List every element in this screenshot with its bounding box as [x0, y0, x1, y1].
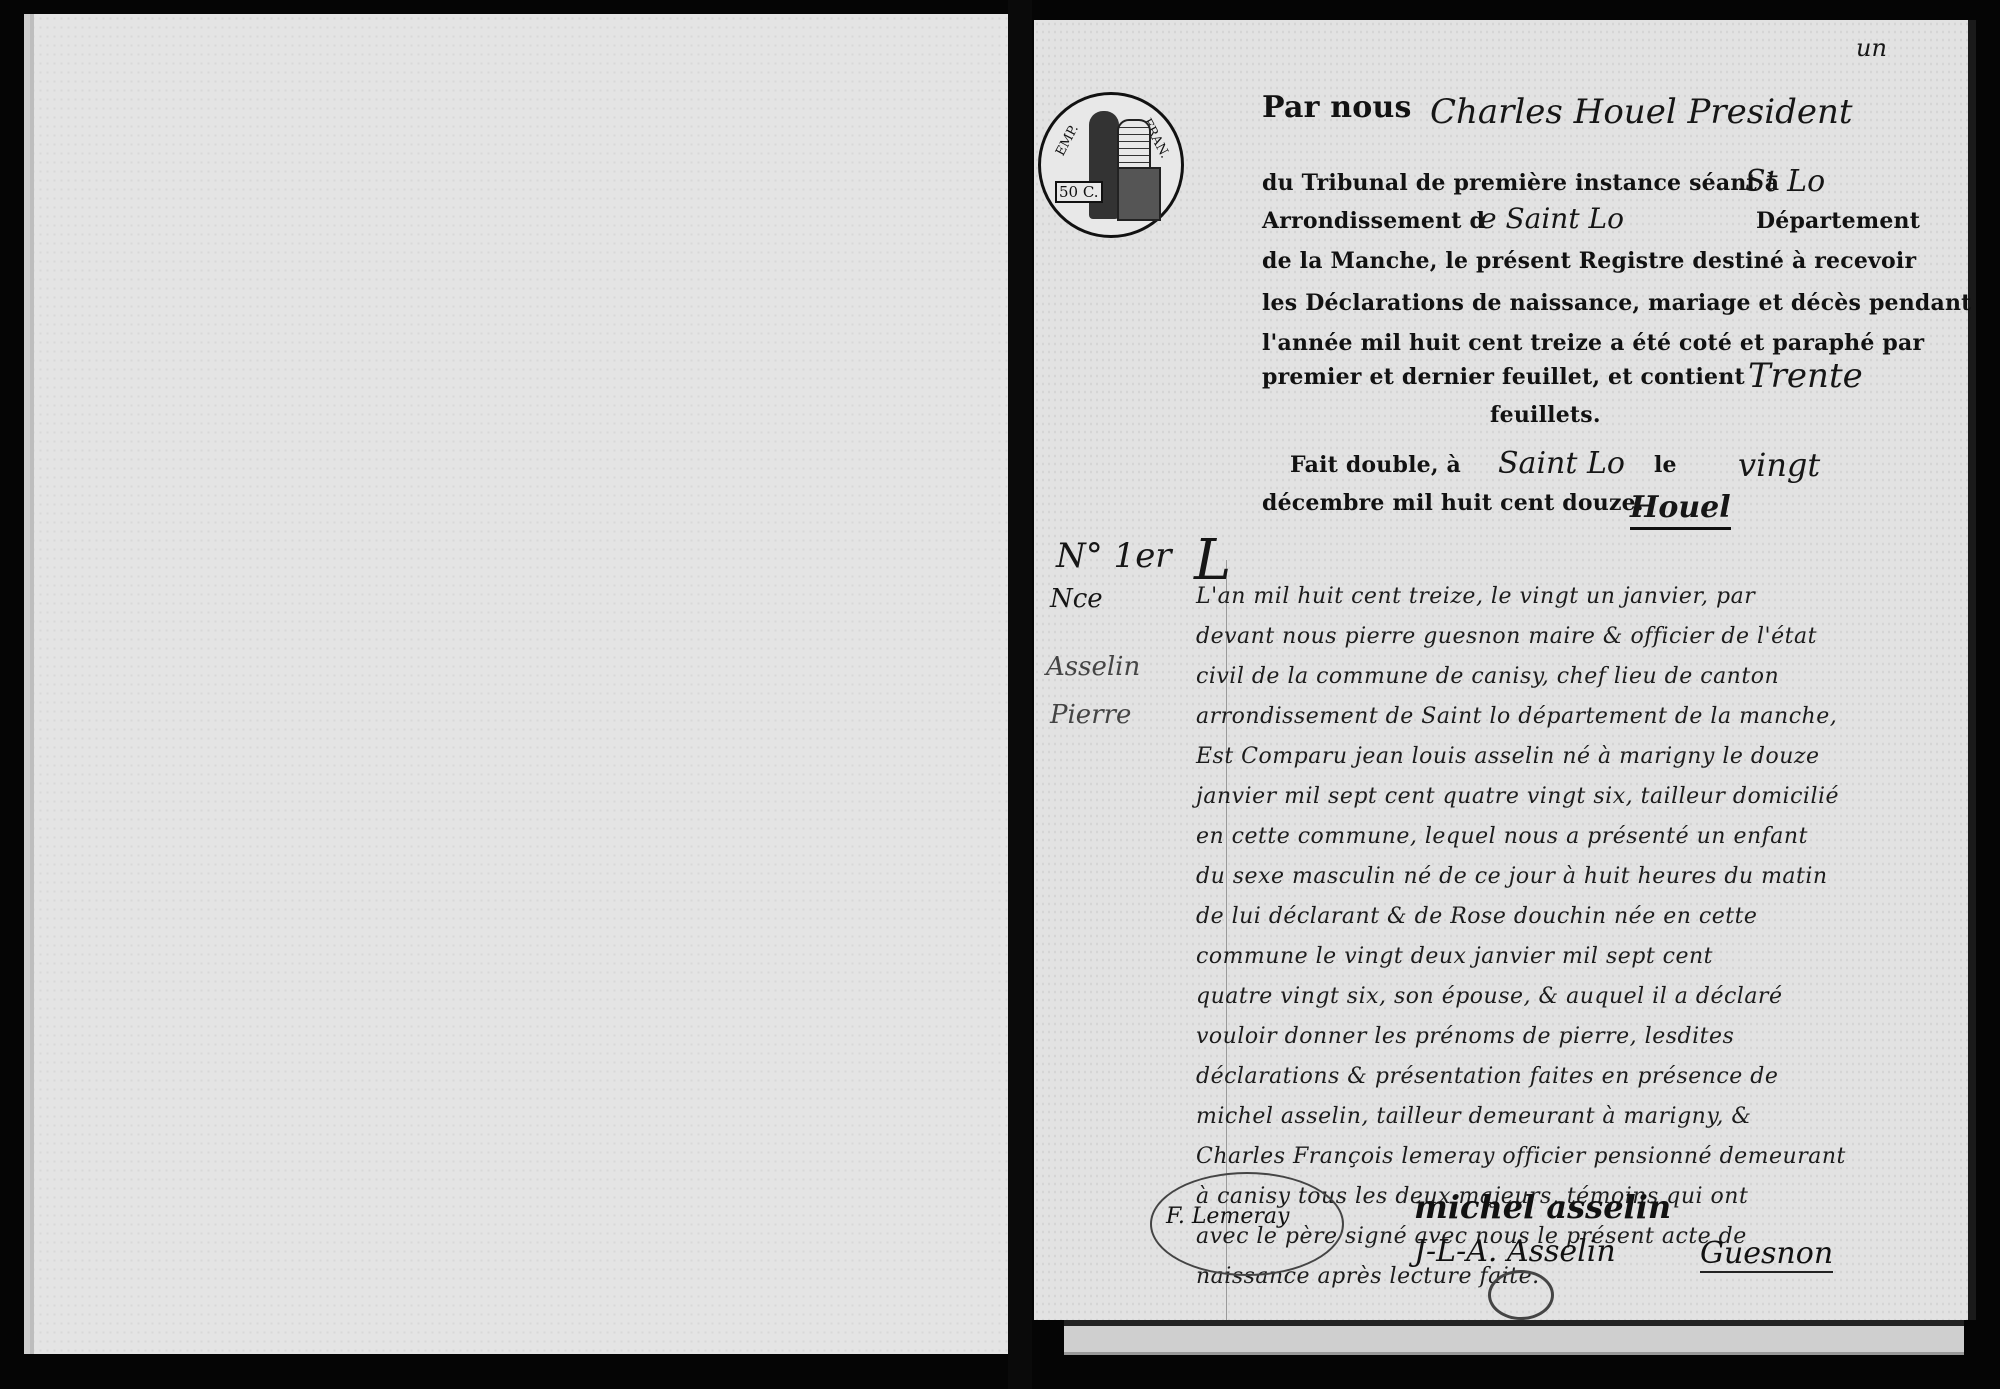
margin-surname: Asselin [1046, 652, 1140, 682]
record-line: de lui déclarant & de Rose douchin née e… [1196, 904, 1757, 929]
header-line5-print: les Déclarations de naissance, mariage e… [1262, 290, 1972, 316]
margin-record-type: Nce [1050, 584, 1103, 614]
record-line: janvier mil sept cent quatre vingt six, … [1196, 784, 1839, 809]
left-page-blank [24, 14, 1014, 1354]
header-line9-print-b: le [1654, 452, 1677, 478]
header-line10-print: décembre mil huit cent douze. [1262, 490, 1644, 516]
record-line: commune le vingt deux janvier mil sept c… [1196, 944, 1713, 969]
record-line: Est Comparu jean louis asselin né à mari… [1196, 744, 1820, 769]
record-line: du sexe masculin né de ce jour à huit he… [1196, 864, 1828, 889]
record-line: en cette commune, lequel nous a présenté… [1196, 824, 1808, 849]
header-line9-hand-b: vingt [1738, 446, 1820, 484]
record-line: arrondissement de Saint lo département d… [1196, 704, 1837, 729]
page-number: un [1856, 34, 1887, 62]
president-signature: Houel [1630, 490, 1731, 530]
stamp-eagle-icon [1117, 167, 1161, 221]
signature-mayor-guesnon: Guesnon [1700, 1236, 1833, 1273]
record-line: devant nous pierre guesnon maire & offic… [1196, 624, 1817, 649]
signature-lemeray: F. Lemeray [1166, 1204, 1289, 1229]
stamp-text-left: EMP. [1053, 122, 1082, 158]
header-line7-print: premier et dernier feuillet, et contient [1262, 364, 1745, 390]
book-gutter [1008, 0, 1032, 1389]
page-edges [1064, 1320, 1964, 1355]
record-line: civil de la commune de canisy, chef lieu… [1196, 664, 1779, 689]
record-line: vouloir donner les prénoms de pierre, le… [1196, 1024, 1734, 1049]
record-line: michel asselin, tailleur demeurant à mar… [1196, 1104, 1751, 1129]
record-line: Charles François lemeray officier pensio… [1196, 1144, 1846, 1169]
signature-michel-asselin: michel asselin [1414, 1188, 1671, 1226]
margin-record-number: N° 1er [1056, 536, 1172, 576]
header-line7-hand: Trente [1748, 356, 1863, 396]
stamp-value: 50 C. [1055, 181, 1103, 203]
stamp-tablets-icon [1117, 119, 1151, 169]
header-line9-print-a: Fait double, à [1290, 452, 1461, 478]
header-line4-print: de la Manche, le présent Registre destin… [1262, 248, 1916, 274]
record-line: quatre vingt six, son épouse, & auquel i… [1196, 984, 1782, 1009]
header-line3-print-b: Département [1756, 208, 1920, 234]
header-line1-print: Par nous [1262, 90, 1412, 125]
header-line2-hand: St Lo [1745, 164, 1825, 199]
signature-father-asselin: J-L-A. Asselin [1414, 1234, 1616, 1269]
header-line6-print: l'année mil huit cent treize a été coté … [1262, 330, 1924, 356]
header-line1-hand: Charles Houel President [1430, 92, 1853, 132]
record-line: L'an mil huit cent treize, le vingt un j… [1196, 584, 1755, 609]
margin-given-name: Pierre [1050, 700, 1131, 730]
header-line3-print-a: Arrondissement d [1262, 208, 1485, 234]
tax-stamp-icon: EMP. FRAN. 50 C. [1038, 92, 1184, 238]
header-line9-hand-a: Saint Lo [1498, 446, 1625, 481]
signature-flourish [1488, 1270, 1554, 1320]
header-line8-print: feuillets. [1490, 402, 1601, 428]
header-line2-print: du Tribunal de première instance séant à [1262, 170, 1779, 196]
header-line3-hand: e Saint Lo [1480, 202, 1624, 235]
record-line: déclarations & présentation faites en pr… [1196, 1064, 1778, 1089]
